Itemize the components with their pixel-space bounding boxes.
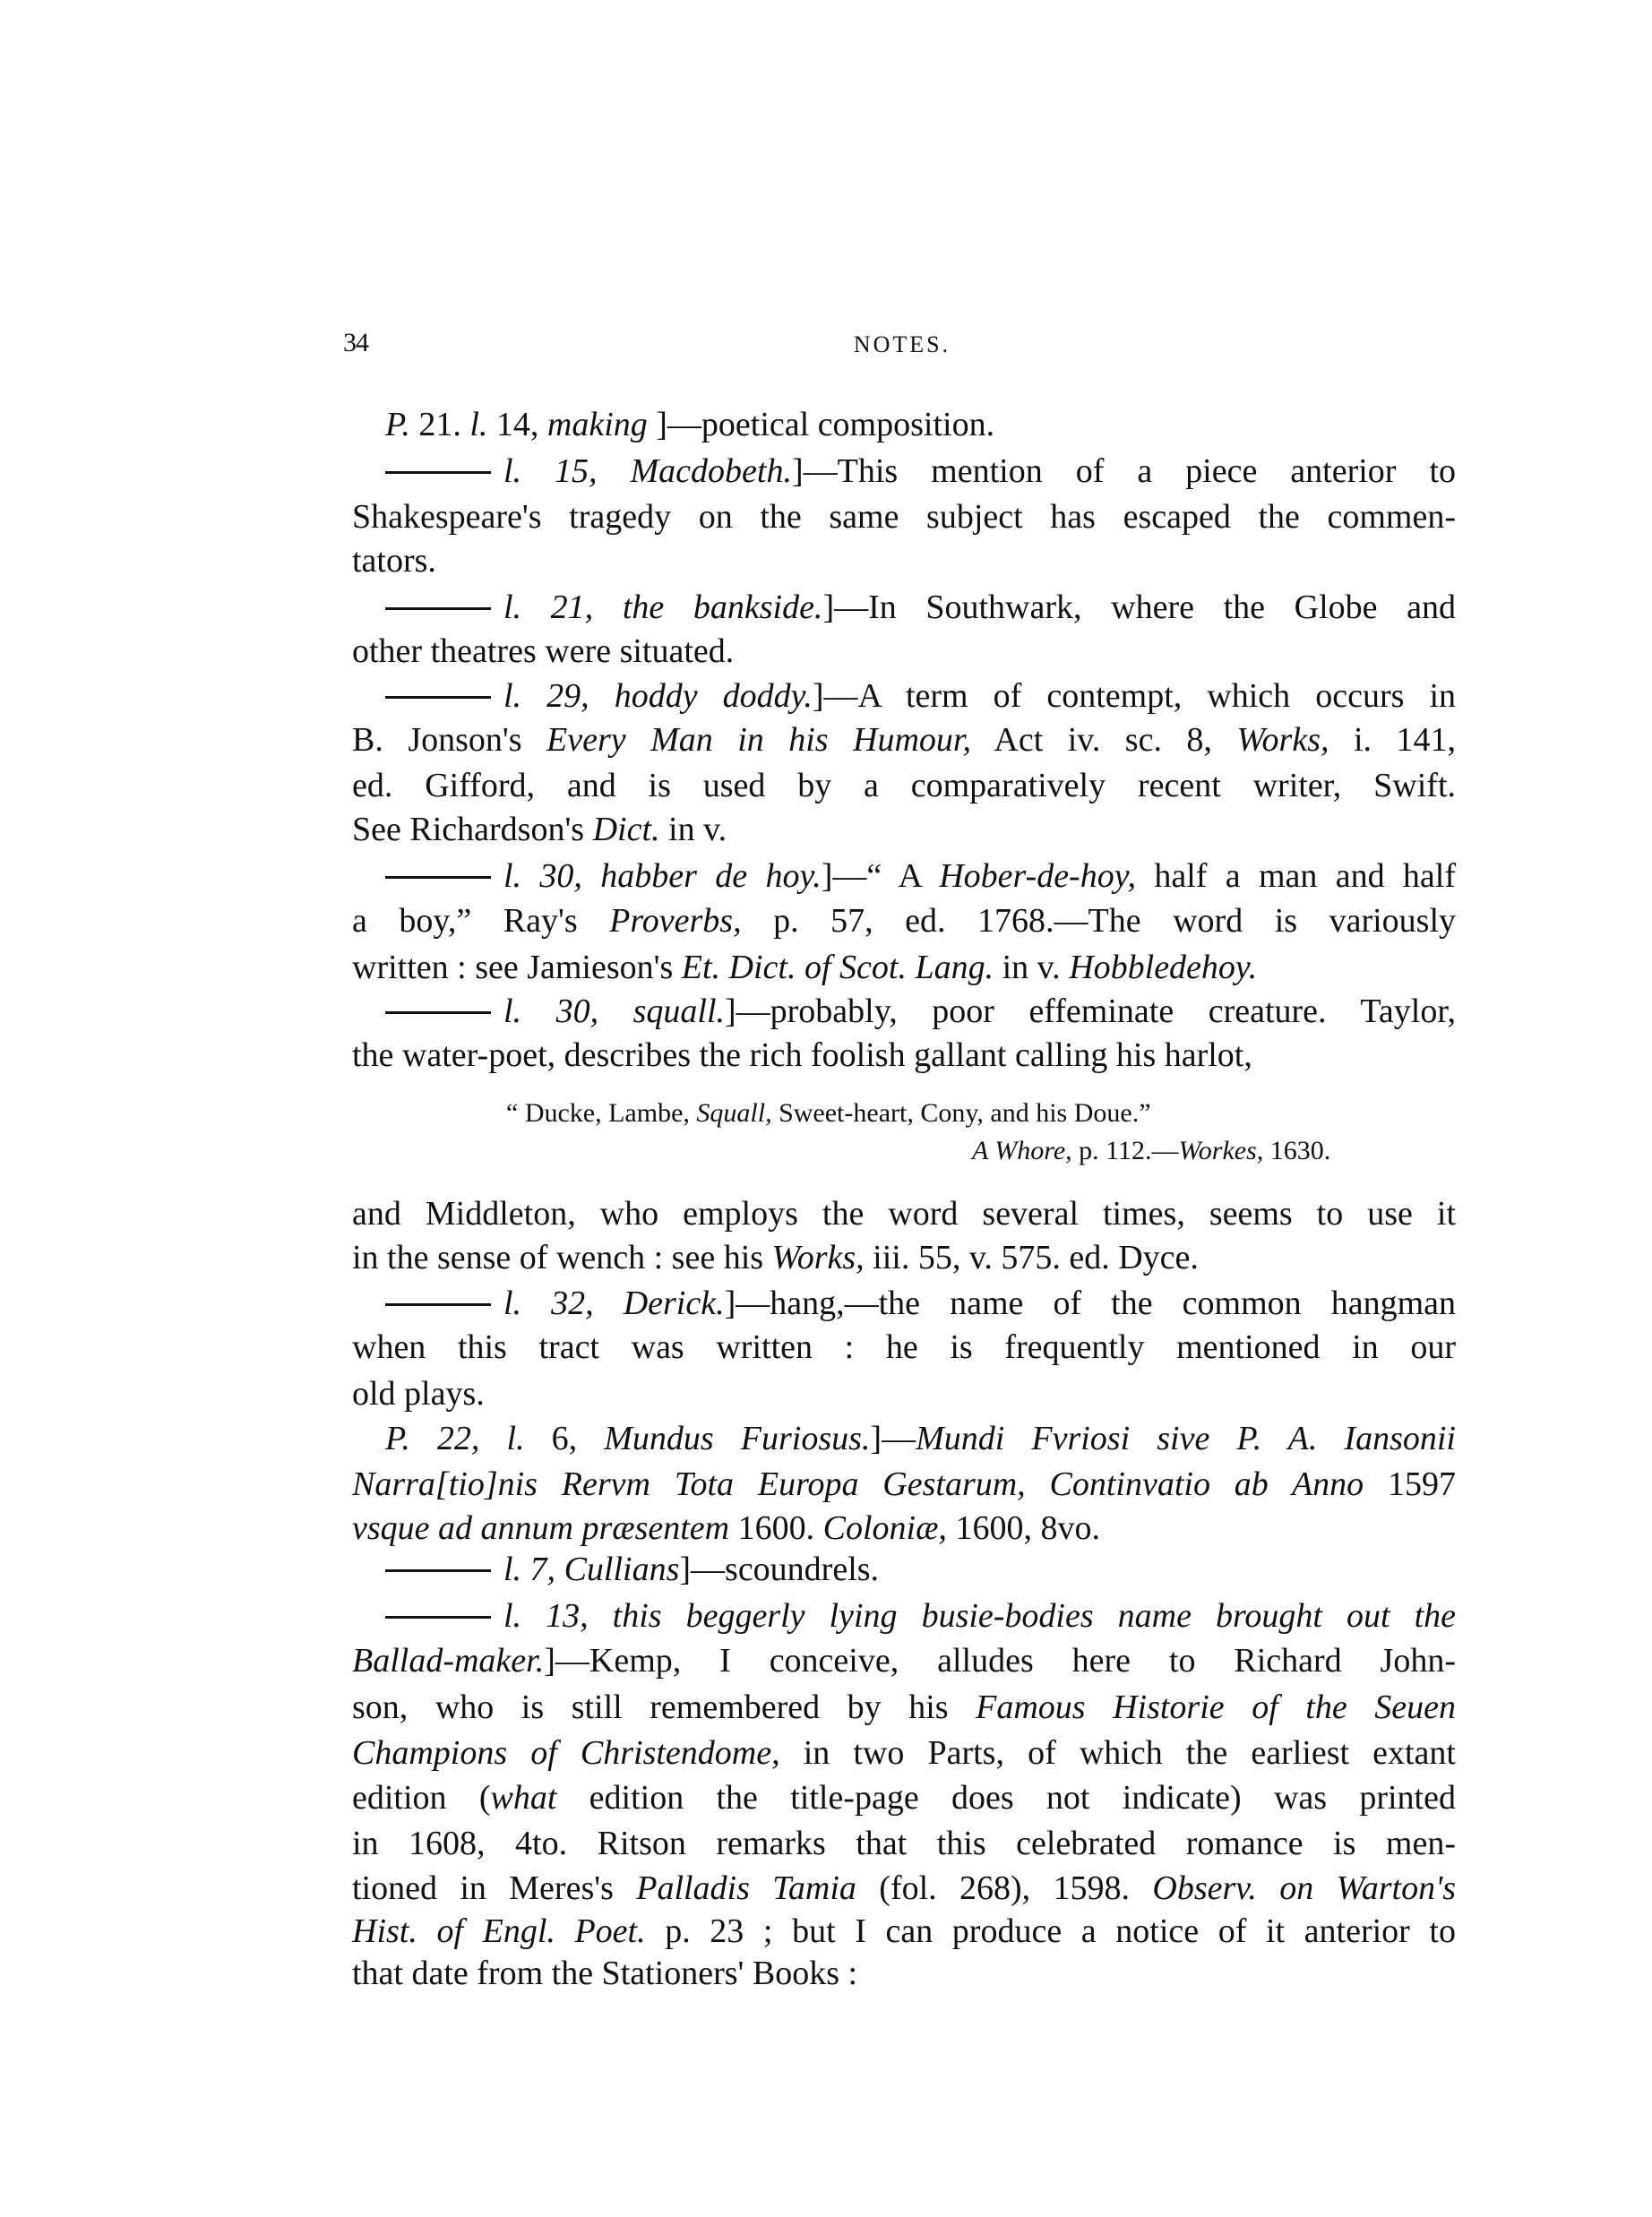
text-span: l. bbox=[507, 1420, 525, 1457]
body-line: Hist. of Engl. Poet. p. 23 ; but I can p… bbox=[352, 1912, 1456, 1951]
text-span: half a man and half bbox=[1136, 857, 1456, 895]
text-span: Workes, bbox=[1179, 1136, 1264, 1165]
text-span: See Richardson's bbox=[352, 811, 593, 848]
verse-quotation: “ Ducke, Lambe, Squall, Sweet-heart, Con… bbox=[506, 1097, 1151, 1130]
body-line: that date from the Stationers' Books : bbox=[352, 1954, 1456, 1993]
text-span: ]—probably, poor effeminate creature. Ta… bbox=[725, 992, 1456, 1030]
body-line: tioned in Meres's Palladis Tamia (fol. 2… bbox=[352, 1869, 1456, 1908]
body-line: ed. Gifford, and is used by a comparativ… bbox=[352, 766, 1456, 805]
note-lemma: Mundus Furiosus. bbox=[604, 1420, 870, 1457]
text-span: Et. Dict. of Scot. Lang. bbox=[682, 949, 994, 986]
ditto-dash bbox=[385, 607, 491, 610]
text-span: Observ. on Warton's bbox=[1152, 1869, 1456, 1907]
text-span: written : see Jamieson's bbox=[352, 949, 682, 986]
text-span: ]—Kemp, I conceive, alludes here to Rich… bbox=[544, 1642, 1456, 1680]
text-span: Act iv. sc. 8, bbox=[971, 721, 1236, 759]
text-span: 1597 bbox=[1364, 1465, 1456, 1503]
book-page: 34 NOTES. P. 21. l. 14, making ]—poetica… bbox=[0, 0, 1652, 2217]
note-ref: l. 30, bbox=[503, 857, 582, 895]
ditto-dash bbox=[385, 696, 491, 699]
body-line: when this tract was written : he is freq… bbox=[352, 1328, 1456, 1367]
text-span: 14, bbox=[487, 406, 547, 443]
text-span: i. 141, bbox=[1329, 721, 1457, 759]
body-line: the water-poet, describes the rich fooli… bbox=[352, 1035, 1456, 1075]
text-span: “ Ducke, Lambe, bbox=[506, 1098, 696, 1128]
body-line: Shakespeare's tragedy on the same subjec… bbox=[352, 497, 1456, 537]
text-span: ]—In Southwark, where the Globe and bbox=[822, 589, 1456, 626]
note-l21: l. 21, the bankside.]—In Southwark, wher… bbox=[385, 588, 1456, 627]
note-ref: l. 15, bbox=[503, 452, 598, 490]
text-span: ]— bbox=[870, 1420, 916, 1457]
note-l13: l. 13, this beggerly lying busie-bodies … bbox=[385, 1596, 1456, 1636]
text-span: in v. bbox=[994, 949, 1069, 986]
text-span: ]—This mention of a piece anterior to bbox=[792, 452, 1456, 490]
text-span: Hober-de-hoy, bbox=[939, 857, 1136, 895]
ditto-dash bbox=[385, 1569, 491, 1572]
body-line: tators. bbox=[352, 541, 1456, 580]
note-lemma: Derick. bbox=[624, 1285, 725, 1322]
body-line: edition (what edition the title-page doe… bbox=[352, 1778, 1456, 1817]
text-span: poetical composition. bbox=[701, 406, 994, 443]
text-span: Proverbs, bbox=[609, 902, 741, 940]
note-l29: l. 29, hoddy doddy.]—A term of contempt,… bbox=[385, 676, 1456, 716]
text-span: ]—scoundrels. bbox=[679, 1551, 879, 1588]
text-span: edition the title-page does not indicate… bbox=[556, 1779, 1456, 1817]
text-span: 21. bbox=[410, 406, 470, 443]
text-span: Works, bbox=[1236, 721, 1329, 759]
text-span: 1600. bbox=[729, 1509, 823, 1547]
body-line: See Richardson's Dict. in v. bbox=[352, 810, 1456, 849]
note-ref: l. 13, bbox=[503, 1597, 589, 1635]
ditto-dash bbox=[385, 1303, 491, 1306]
note-ref: l. 21, bbox=[503, 589, 593, 626]
text-span: l. bbox=[469, 406, 487, 443]
ditto-dash bbox=[385, 1011, 491, 1014]
note-l30-habber: l. 30, habber de hoy.]—“ A Hober-de-hoy,… bbox=[385, 856, 1456, 896]
text-span: Every Man in his Humour, bbox=[546, 721, 971, 759]
body-line: Narra[tio]nis Rervm Tota Europa Gestarum… bbox=[352, 1465, 1456, 1504]
text-span: Sweet-heart, Cony, and his Doue.” bbox=[772, 1098, 1151, 1128]
text-span: ]—A term of contempt, which occurs in bbox=[813, 677, 1456, 715]
text-span: p. 23 ; but I can produce a notice of it… bbox=[646, 1912, 1456, 1950]
text-span: P. 22, bbox=[385, 1420, 507, 1457]
note-ref: l. 7, bbox=[503, 1551, 555, 1588]
note-lemma: squall. bbox=[633, 992, 725, 1030]
text-span: son, who is still remembered by his bbox=[352, 1689, 976, 1726]
text-span: Dict. bbox=[593, 811, 660, 848]
text-span: ]—hang,—the name of the common hangman bbox=[725, 1285, 1456, 1322]
text-span: Famous Historie of the Seuen bbox=[976, 1689, 1456, 1726]
text-span: p. 112.— bbox=[1072, 1136, 1179, 1165]
text-span: ]—“ A bbox=[822, 857, 939, 895]
note-l15: l. 15, Macdobeth.]—This mention of a pie… bbox=[385, 451, 1456, 491]
body-line: a boy,” Ray's Proverbs, p. 57, ed. 1768.… bbox=[352, 901, 1456, 941]
note-l30-squall: l. 30, squall.]—probably, poor effeminat… bbox=[385, 992, 1456, 1031]
text-span: p. 57, ed. 1768.—The word is variously bbox=[742, 902, 1456, 940]
body-line: Champions of Christendome, in two Parts,… bbox=[352, 1733, 1456, 1773]
body-line: other theatres were situated. bbox=[352, 632, 1456, 671]
body-line: vsque ad annum præsentem 1600. Coloniæ, … bbox=[352, 1508, 1456, 1548]
text-span: in the sense of wench : see his bbox=[352, 1239, 772, 1276]
text-span: Coloniæ, bbox=[823, 1509, 947, 1547]
text-span: Champions of Christendome, bbox=[352, 1734, 780, 1772]
note-l32: l. 32, Derick.]—hang,—the name of the co… bbox=[385, 1284, 1456, 1323]
note-ref: l. 30, bbox=[503, 992, 598, 1030]
note-lemma: Cullians bbox=[564, 1551, 680, 1588]
note-lemma: hoddy doddy. bbox=[615, 677, 813, 715]
text-span: ]— bbox=[648, 406, 701, 443]
text-span: 1600, 8vo. bbox=[947, 1509, 1100, 1547]
text-span: Hist. of Engl. Poet. bbox=[352, 1912, 646, 1950]
note-lemma: Macdobeth. bbox=[631, 452, 792, 490]
note-lemma: this beggerly lying busie-bodies name br… bbox=[613, 1597, 1456, 1635]
ditto-dash bbox=[385, 876, 491, 879]
body-line: in the sense of wench : see his Works, i… bbox=[352, 1238, 1456, 1277]
text-span: a boy,” Ray's bbox=[352, 902, 609, 940]
body-line: B. Jonson's Every Man in his Humour, Act… bbox=[352, 720, 1456, 760]
body-line: old plays. bbox=[352, 1374, 1456, 1414]
text-span: Narra[tio]nis Rervm Tota Europa Gestarum… bbox=[352, 1465, 1364, 1503]
note-p21-l14: P. 21. l. 14, making ]—poetical composit… bbox=[385, 405, 1456, 444]
text-span: B. Jonson's bbox=[352, 721, 546, 759]
text-span: in v. bbox=[660, 811, 727, 848]
note-p22-l6: P. 22, l. 6, Mundus Furiosus.]—Mundi Fvr… bbox=[385, 1419, 1456, 1458]
text-span: iii. 55, v. 575. ed. Dyce. bbox=[865, 1239, 1199, 1276]
text-span: edition ( bbox=[352, 1779, 490, 1817]
note-lemma: habber de hoy. bbox=[600, 857, 821, 895]
text-span: Ballad-maker. bbox=[352, 1642, 544, 1680]
text-span: tioned in Meres's bbox=[352, 1869, 636, 1907]
note-lemma: the bankside. bbox=[623, 589, 823, 626]
text-span: in two Parts, of which the earliest exta… bbox=[780, 1734, 1456, 1772]
text-span: vsque ad annum præsentem bbox=[352, 1509, 729, 1547]
note-ref: l. 29, bbox=[503, 677, 589, 715]
body-line: written : see Jamieson's Et. Dict. of Sc… bbox=[352, 948, 1456, 987]
text-span: 1630. bbox=[1263, 1136, 1330, 1165]
text-span: Palladis Tamia bbox=[636, 1869, 856, 1907]
text-span: (fol. 268), 1598. bbox=[856, 1869, 1152, 1907]
text-span: 6, bbox=[525, 1420, 605, 1457]
note-l7: l. 7, Cullians]—scoundrels. bbox=[385, 1550, 1456, 1589]
text-span: making bbox=[547, 406, 648, 443]
text-span: P. bbox=[385, 406, 410, 443]
quotation-source: A Whore, p. 112.—Workes, 1630. bbox=[972, 1135, 1330, 1167]
body-line: in 1608, 4to. Ritson remarks that this c… bbox=[352, 1824, 1456, 1863]
text-span: Squall, bbox=[696, 1098, 771, 1128]
body-line: son, who is still remembered by his Famo… bbox=[352, 1688, 1456, 1727]
ditto-dash bbox=[385, 1616, 491, 1619]
running-title: NOTES. bbox=[0, 331, 1652, 358]
body-line: and Middleton, who employs the word seve… bbox=[352, 1194, 1456, 1233]
note-ref: l. 32, bbox=[503, 1285, 594, 1322]
text-span: Works, bbox=[772, 1239, 865, 1276]
body-line: Ballad-maker.]—Kemp, I conceive, alludes… bbox=[352, 1641, 1456, 1680]
text-span: Hobbledehoy. bbox=[1069, 949, 1257, 986]
text-span: Mundi Fvriosi sive P. A. Iansonii bbox=[916, 1420, 1456, 1457]
ditto-dash bbox=[385, 471, 491, 474]
text-span: A Whore, bbox=[972, 1136, 1072, 1165]
text-span: what bbox=[490, 1779, 556, 1817]
